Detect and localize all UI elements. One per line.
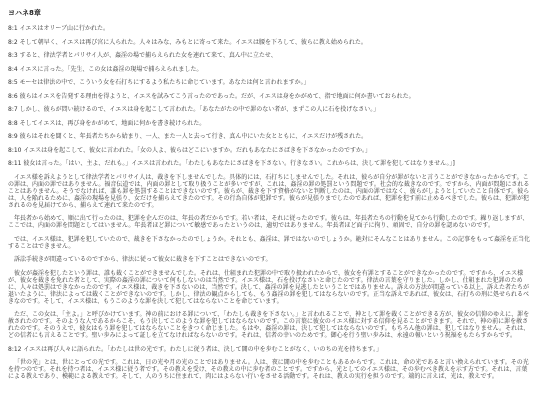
verse-line: 8:5 モーセは律法の中で、こういう女を石打ちにするよう私たちに命じています。あ… [8,79,532,86]
commentary-paragraph: 「世の光」とは、世にとっての光です。これは、日の光や月の光のことではありません。… [8,359,532,380]
verse-line: 8:8 そしてイエスは、再び身をかがめて、地面に何かを書き続けられた。 [8,120,532,127]
doc-body: 8:1 イエスはオリーブ山に行かれた。8:2 そして朝早く、イエスは再び宮に入ら… [8,25,532,380]
verse-line: 8:7 しかし、彼らが問い続けるので、イエスは身を起こして言われた。「あなたがた… [8,106,532,113]
verse-line: 8:11 彼女は言った。「はい、主よ、だれも。」イエスは言われた。「わたしもあな… [8,160,532,167]
page-title: ヨハネ8章 [8,9,532,17]
verse-line: 8:6 彼らはイエスを告発する理由を得ようと、イエスを試みてこう言ったのであった… [8,93,532,100]
commentary-paragraph: ただ、この女は、「主よ。」と呼びかけています。神の前における罪について、「わたし… [8,311,532,339]
commentary-paragraph: では、イエス様は、犯罪を犯していたので、裁きを下さなかったのでしょうか。それとも… [8,236,532,250]
verse-line: 8:1 イエスはオリーブ山に行かれた。 [8,25,532,32]
verse-line: 8:4 イエスに言った。「先生、この女は姦淫の現場で捕らえられました。 [8,66,532,73]
commentary-paragraph: 年長者から始めて、順に出て行ったのは、犯罪を企んだのは、年長の者だからです。若い… [8,215,532,229]
verse-line: 8:3 すると、律法学者とパリサイ人が、姦淫の場で捕らえられた女を連れて来て、真… [8,52,532,59]
verse-line: 8:9 彼らはそれを聞くと、年長者たちから始まり、一人、また一人と去って行き、真… [8,133,532,140]
commentary-paragraph: 訴訟手続きが間違っているのですから、律法に従って彼女に裁きを下すことはできないの… [8,256,532,263]
verse-line: 8:2 そして朝早く、イエスは再び宮に入られた。人々はみな、みもとに寄って来た。… [8,39,532,46]
document-page: ヨハネ8章 8:1 イエスはオリーブ山に行かれた。8:2 そして朝早く、イエスは… [0,0,540,405]
verse-line: 8:12 イエスは再び人々に語られた。「わたしは世の光です。わたしに従う者は、決… [8,346,532,353]
commentary-paragraph: イエス様を訴えようとして律法学者とパリサイ人は、裁きを下しませんでした。具体的に… [8,174,532,209]
verse-line: 8:10 イエスは身を起こして、彼女に言われた。「女の人よ、彼らはどこにいますか… [8,147,532,154]
commentary-paragraph: 彼女が姦淫を犯したという罪は、誰も裁くことができませんでした。それは、仕組まれた… [8,270,532,305]
